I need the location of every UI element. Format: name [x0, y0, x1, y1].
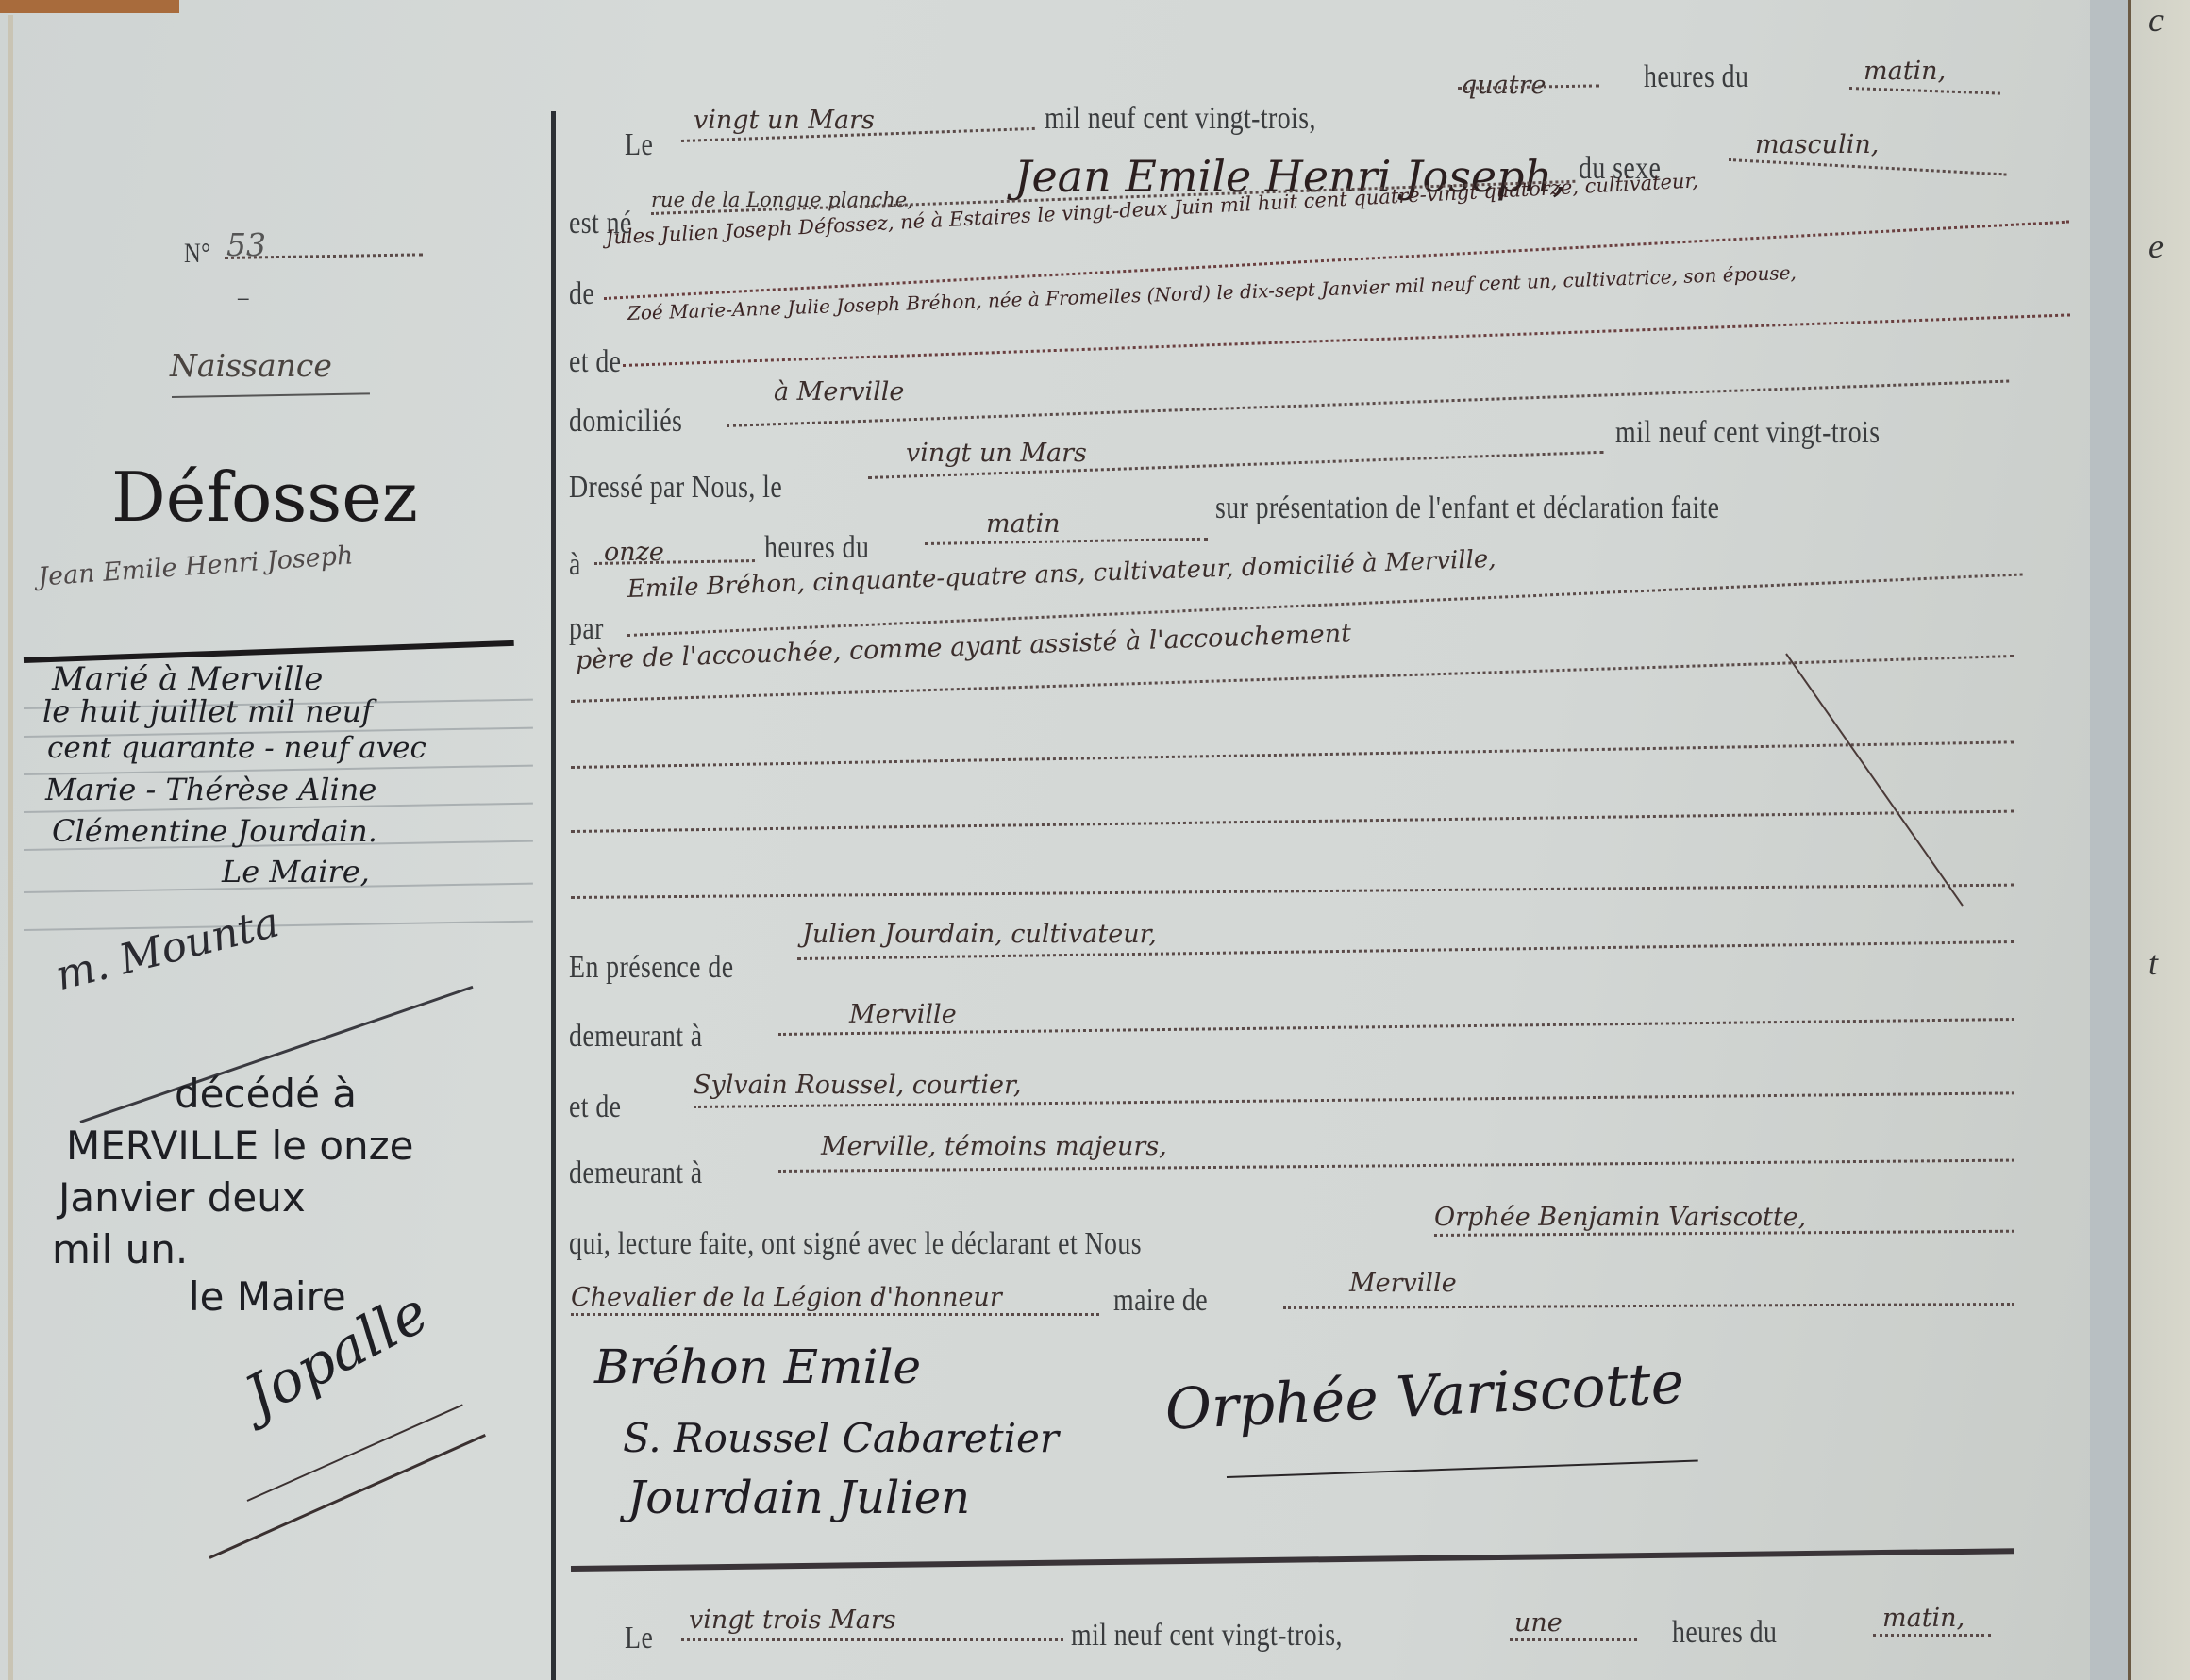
printed-text: demeurant à	[569, 1156, 703, 1191]
marriage-note-line: Clémentine Jourdain.	[52, 813, 377, 849]
death-note-line: MERVILLE le onze	[66, 1123, 414, 1169]
marriage-note-line: cent quarante - neuf avec	[47, 731, 426, 765]
death-note-line: le Maire	[189, 1273, 346, 1320]
margin-divider	[551, 111, 556, 1680]
marriage-note-line: Le Maire,	[222, 854, 370, 890]
handwritten-mayor-name: Orphée Benjamin Variscotte,	[1434, 1203, 1806, 1232]
handwritten-drawn-date: vingt un Mars	[906, 439, 1087, 468]
margin-given-names: Jean Emile Henri Joseph	[37, 541, 354, 591]
printed-text: domiciliés	[569, 404, 682, 440]
act-number-label: N°	[184, 238, 210, 270]
printed-text: mil neuf cent vingt-trois,	[1071, 1618, 1343, 1654]
signature-witness-jourdain: Jourdain Julien	[627, 1472, 970, 1524]
handwritten-commune: Merville	[1349, 1269, 1457, 1298]
printed-text: de	[569, 276, 594, 312]
page-binding-edge	[8, 15, 13, 1680]
handwritten-witness2-residence: Merville, témoins majeurs,	[821, 1132, 1167, 1161]
handwritten-sex: masculin,	[1755, 130, 1879, 159]
next-page-fragment: c	[2148, 0, 2164, 40]
page-corner	[0, 0, 179, 13]
death-note-line: mil un.	[52, 1226, 188, 1272]
printed-text: Le	[625, 1621, 653, 1656]
marriage-note-line: Marie - Thérèse Aline	[45, 772, 376, 807]
cancel-stroke	[1785, 653, 1964, 906]
next-page-fragment: t	[2148, 943, 2158, 983]
handwritten-date: vingt un Mars	[694, 106, 875, 135]
register-page: N° 53 – Naissance Défossez Jean Emile He…	[0, 0, 2090, 1680]
handwritten-residence: à Merville	[774, 377, 904, 407]
handwritten-witness2: Sylvain Roussel, courtier,	[694, 1071, 1021, 1100]
printed-text: demeurant à	[569, 1019, 703, 1055]
printed-text: et de	[569, 344, 621, 380]
act-type: Naissance	[170, 347, 332, 384]
printed-text: qui, lecture faite, ont signé avec le dé…	[569, 1226, 1142, 1262]
next-page-fragment: e	[2148, 226, 2164, 266]
printed-text: à	[569, 547, 581, 583]
handwritten-mayor-title: Chevalier de la Légion d'honneur	[571, 1283, 1002, 1312]
printed-text: et de	[569, 1090, 621, 1125]
printed-text: heures du	[764, 530, 869, 566]
handwritten-next-date: vingt trois Mars	[689, 1605, 896, 1635]
death-note-line: décédé à	[175, 1071, 357, 1117]
act-type-underline	[172, 392, 370, 398]
signature-mayor: Orphée Variscotte	[1163, 1350, 1686, 1443]
printed-text: maire de	[1113, 1283, 1208, 1319]
next-page-edge: c e t	[2128, 0, 2190, 1680]
handwritten-period: matin,	[1864, 57, 1946, 86]
signature-mayor-flourish	[1227, 1460, 1698, 1478]
handwritten-witness1-residence: Merville	[849, 1000, 957, 1029]
printed-text: Dressé par Nous, le	[569, 470, 782, 506]
margin-dash: –	[238, 283, 249, 313]
handwritten-next-hour: une	[1514, 1608, 1563, 1638]
printed-text: par	[569, 611, 604, 647]
printed-text: heures du	[1644, 59, 1748, 95]
printed-text: mil neuf cent vingt-trois,	[1045, 101, 1316, 137]
handwritten-declarant-role: père de l'accouchée, comme ayant assisté…	[575, 619, 1351, 675]
handwritten-drawn-period: matin	[986, 509, 1061, 539]
act-separator	[571, 1548, 2014, 1572]
printed-text: mil neuf cent vingt-trois	[1615, 415, 1880, 451]
printed-text: heures du	[1672, 1615, 1777, 1651]
marriage-note-line: le huit juillet mil neuf	[42, 693, 373, 729]
marriage-mayor-signature: m. Mounta	[51, 898, 284, 1000]
margin-surname: Défossez	[111, 457, 418, 537]
printed-text: En présence de	[569, 950, 733, 986]
printed-text: sur présentation de l'enfant et déclarat…	[1215, 491, 1719, 526]
signature-declarant: Bréhon Emile	[594, 1339, 921, 1394]
handwritten-next-period: matin,	[1882, 1604, 1964, 1633]
marriage-note-line: Marié à Merville	[52, 660, 323, 698]
death-note-line: Janvier deux	[59, 1174, 306, 1221]
death-signature-stroke	[209, 1434, 486, 1559]
signature-witness-roussel: S. Roussel Cabaretier	[623, 1415, 1059, 1461]
handwritten-mother: Zoé Marie-Anne Julie Joseph Bréhon, née …	[627, 261, 1797, 324]
handwritten-witness1: Julien Jourdain, cultivateur,	[802, 920, 1157, 949]
printed-text: Le	[625, 127, 653, 163]
handwritten-declarant: Emile Bréhon, cinquante-quatre ans, cult…	[627, 545, 1496, 604]
